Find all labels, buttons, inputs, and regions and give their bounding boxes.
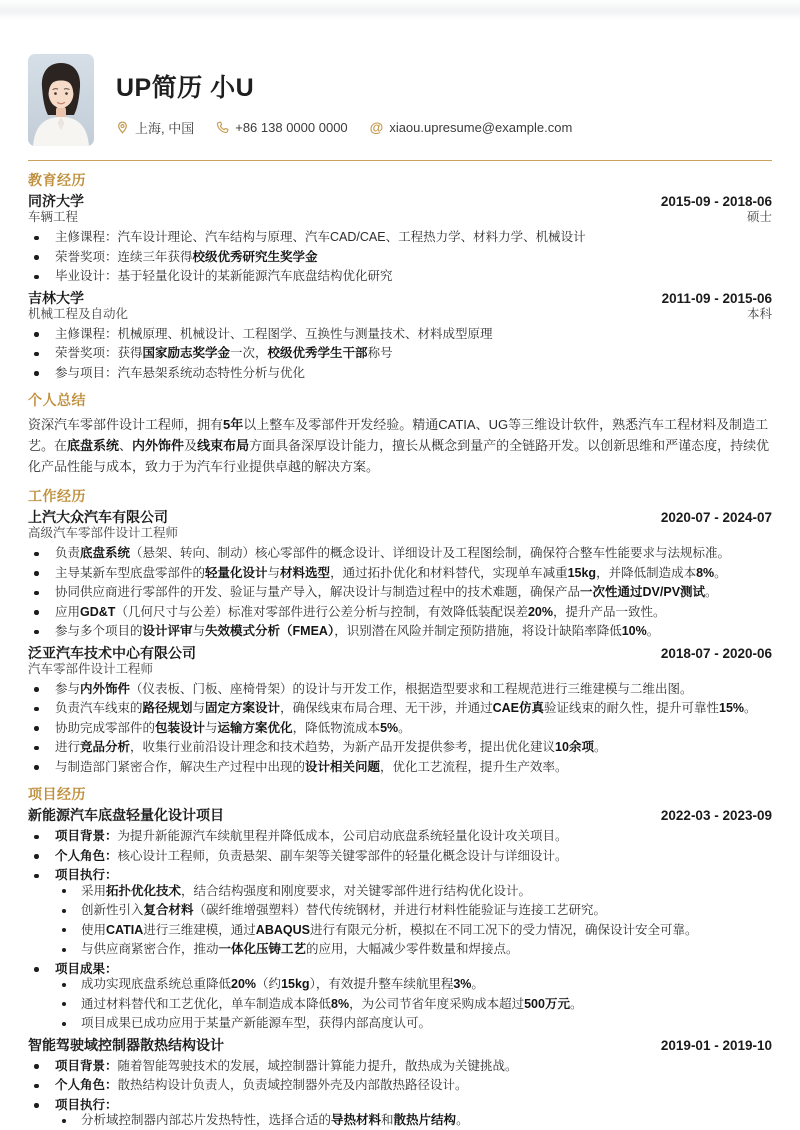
profile-photo	[28, 54, 94, 146]
section-education: 教育经历 同济大学 2015-09 - 2018-06 车辆工程 硕士 主修课程…	[28, 170, 772, 381]
bullet-item: 负责汽车线束的路径规划与固定方案设计，确保线束布局合理、无干涉，并通过CAE仿真…	[28, 701, 772, 717]
education-date: 2011-09 - 2015-06	[662, 291, 772, 306]
summary-section-title: 个人总结	[28, 390, 772, 410]
school-name: 吉林大学	[28, 290, 84, 307]
bullet-item: 主修课程：机械原理、机械设计、工程图学、互换性与测量技术、材料成型原理	[28, 327, 772, 343]
bullet-item: 项目成果： 成功实现底盘系统总重降低20%（约15kg），有效提升整车续航里程3…	[28, 962, 772, 1032]
bullet-item: 协同供应商进行零部件的开发、验证与量产导入，解决设计与制造过程中的技术难题，确保…	[28, 585, 772, 601]
at-icon: @	[370, 121, 384, 134]
sub-bullet-item: 成功实现底盘系统总重降低20%（约15kg），有效提升整车续航里程3%。	[55, 977, 772, 993]
bullet-item: 主修课程：汽车设计理论、汽车结构与原理、汽车CAD/CAE、工程热力学、材料力学…	[28, 230, 772, 246]
company-name: 泛亚汽车技术中心有限公司	[28, 645, 196, 662]
job-title: 汽车零部件设计工程师	[28, 662, 153, 677]
bullet-list: 主修课程：机械原理、机械设计、工程图学、互换性与测量技术、材料成型原理 荣誉奖项…	[28, 327, 772, 382]
bullet-item: 项目执行： 分析域控制器内部芯片发热特性，选择合适的导热材料和散热片结构。	[28, 1098, 772, 1129]
projects-section-title: 项目经历	[28, 784, 772, 804]
bullet-item: 项目执行： 采用拓扑优化技术，结合结构强度和刚度要求，对关键零部件进行结构优化设…	[28, 868, 772, 958]
contact-row: 上海, 中国 +86 138 0000 0000 @ xiaou.upresum…	[116, 118, 572, 137]
resume-page: UP简历 小U 上海, 中国 +86 138 0000 0000	[0, 0, 800, 1129]
sub-bullet-list: 分析域控制器内部芯片发热特性，选择合适的导热材料和散热片结构。	[55, 1113, 772, 1129]
project-name: 智能驾驶域控制器散热结构设计	[28, 1037, 224, 1054]
sub-bullet-item: 采用拓扑优化技术，结合结构强度和刚度要求，对关键零部件进行结构优化设计。	[55, 884, 772, 900]
bullet-item: 参与项目：汽车悬架系统动态特性分析与优化	[28, 366, 772, 382]
page-top-shade	[0, 0, 800, 20]
project-entry: 智能驾驶域控制器散热结构设计 2019-01 - 2019-10 项目背景：随着…	[28, 1037, 772, 1129]
work-entry: 泛亚汽车技术中心有限公司 2018-07 - 2020-06 汽车零部件设计工程…	[28, 645, 772, 776]
location-pin-icon	[116, 121, 129, 134]
bullet-item: 与制造部门紧密合作，解决生产过程中出现的设计相关问题，优化工艺流程，提升生产效率…	[28, 760, 772, 776]
summary-paragraph: 资深汽车零部件设计工程师，拥有5年以上整车及零部件开发经验。精通CATIA、UG…	[28, 414, 772, 477]
bullet-item: 项目背景：随着智能驾驶技术的发展，域控制器计算能力提升，散热成为关键挑战。	[28, 1059, 772, 1075]
sub-bullet-item: 使用CATIA进行三维建模，通过ABAQUS进行有限元分析，模拟在不同工况下的受…	[55, 923, 772, 939]
bullet-item: 负责底盘系统（悬架、转向、制动）核心零部件的概念设计、详细设计及工程图绘制，确保…	[28, 546, 772, 562]
project-name: 新能源汽车底盘轻量化设计项目	[28, 807, 224, 824]
bullet-item: 毕业设计：基于轻量化设计的某新能源汽车底盘结构优化研究	[28, 269, 772, 285]
sub-bullet-item: 项目成果已成功应用于某量产新能源车型，获得内部高度认可。	[55, 1016, 772, 1032]
bullet-list: 项目背景：随着智能驾驶技术的发展，域控制器计算能力提升，散热成为关键挑战。 个人…	[28, 1059, 772, 1129]
company-name: 上汽大众汽车有限公司	[28, 509, 168, 526]
bullet-item: 项目背景：为提升新能源汽车续航里程并降低成本，公司启动底盘系统轻量化设计攻关项目…	[28, 829, 772, 845]
bullet-item: 荣誉奖项：获得国家励志奖学金一次，校级优秀学生干部称号	[28, 346, 772, 362]
header-divider	[28, 160, 772, 161]
major-text: 车辆工程	[28, 210, 78, 225]
contact-phone: +86 138 0000 0000	[216, 120, 347, 135]
project-entry: 新能源汽车底盘轻量化设计项目 2022-03 - 2023-09 项目背景：为提…	[28, 807, 772, 1032]
education-entry: 吉林大学 2011-09 - 2015-06 机械工程及自动化 本科 主修课程：…	[28, 290, 772, 382]
phone-icon	[216, 121, 229, 134]
project-date: 2019-01 - 2019-10	[661, 1038, 772, 1053]
sub-bullet-list: 成功实现底盘系统总重降低20%（约15kg），有效提升整车续航里程3%。 通过材…	[55, 977, 772, 1032]
education-date: 2015-09 - 2018-06	[661, 194, 772, 209]
bullet-item: 个人角色：散热结构设计负责人，负责域控制器外壳及内部散热路径设计。	[28, 1078, 772, 1094]
bullet-item: 进行竞品分析，收集行业前沿设计理念和技术趋势，为新产品开发提供参考，提出优化建议…	[28, 740, 772, 756]
bullet-item: 荣誉奖项：连续三年获得校级优秀研究生奖学金	[28, 250, 772, 266]
bullet-item: 参与内外饰件（仪表板、门板、座椅骨架）的设计与开发工作，根据造型要求和工程规范进…	[28, 682, 772, 698]
degree-text: 硕士	[747, 210, 772, 225]
resume-header: UP简历 小U 上海, 中国 +86 138 0000 0000	[28, 54, 772, 146]
bullet-item: 个人角色：核心设计工程师，负责悬架、副车架等关键零部件的轻量化概念设计与详细设计…	[28, 849, 772, 865]
section-summary: 个人总结 资深汽车零部件设计工程师，拥有5年以上整车及零部件开发经验。精通CAT…	[28, 390, 772, 477]
phone-text: +86 138 0000 0000	[235, 120, 347, 135]
bullet-item: 协助完成零部件的包装设计与运输方案优化，降低物流成本5%。	[28, 721, 772, 737]
major-text: 机械工程及自动化	[28, 307, 128, 322]
sub-bullet-item: 通过材料替代和工艺优化，单车制造成本降低8%，为公司节省年度采购成本超过500万…	[55, 997, 772, 1013]
school-name: 同济大学	[28, 193, 84, 210]
sub-bullet-list: 采用拓扑优化技术，结合结构强度和刚度要求，对关键零部件进行结构优化设计。 创新性…	[55, 884, 772, 958]
project-date: 2022-03 - 2023-09	[661, 808, 772, 823]
education-entry: 同济大学 2015-09 - 2018-06 车辆工程 硕士 主修课程：汽车设计…	[28, 193, 772, 285]
work-date: 2018-07 - 2020-06	[661, 646, 772, 661]
profile-photo-illustration	[28, 54, 94, 146]
bullet-list: 项目背景：为提升新能源汽车续航里程并降低成本，公司启动底盘系统轻量化设计攻关项目…	[28, 829, 772, 1032]
sub-bullet-item: 与供应商紧密合作，推动一体化压铸工艺的应用，大幅减少零件数量和焊接点。	[55, 942, 772, 958]
education-section-title: 教育经历	[28, 170, 772, 190]
sub-bullet-item: 分析域控制器内部芯片发热特性，选择合适的导热材料和散热片结构。	[55, 1113, 772, 1129]
candidate-name: UP简历 小U	[116, 68, 572, 104]
section-projects: 项目经历 新能源汽车底盘轻量化设计项目 2022-03 - 2023-09 项目…	[28, 784, 772, 1129]
contact-location: 上海, 中国	[116, 118, 194, 137]
contact-email: @ xiaou.upresume@example.com	[370, 120, 573, 135]
sub-bullet-item: 创新性引入复合材料（碳纤维增强塑料）替代传统钢材，并进行材料性能验证与连接工艺研…	[55, 903, 772, 919]
location-text: 上海, 中国	[135, 118, 194, 137]
email-text: xiaou.upresume@example.com	[389, 120, 572, 135]
work-section-title: 工作经历	[28, 486, 772, 506]
work-entry: 上汽大众汽车有限公司 2020-07 - 2024-07 高级汽车零部件设计工程…	[28, 509, 772, 640]
bullet-item: 主导某新车型底盘零部件的轻量化设计与材料选型，通过拓扑优化和材料替代，实现单车减…	[28, 566, 772, 582]
work-date: 2020-07 - 2024-07	[661, 510, 772, 525]
bullet-item: 参与多个项目的设计评审与失效模式分析（FMEA），识别潜在风险并制定预防措施，将…	[28, 624, 772, 640]
bullet-item: 应用GD&T（几何尺寸与公差）标准对零部件进行公差分析与控制，有效降低装配误差2…	[28, 605, 772, 621]
degree-text: 本科	[747, 307, 772, 322]
bullet-list: 主修课程：汽车设计理论、汽车结构与原理、汽车CAD/CAE、工程热力学、材料力学…	[28, 230, 772, 285]
bullet-list: 参与内外饰件（仪表板、门板、座椅骨架）的设计与开发工作，根据造型要求和工程规范进…	[28, 682, 772, 776]
section-work: 工作经历 上汽大众汽车有限公司 2020-07 - 2024-07 高级汽车零部…	[28, 486, 772, 775]
job-title: 高级汽车零部件设计工程师	[28, 526, 178, 541]
bullet-list: 负责底盘系统（悬架、转向、制动）核心零部件的概念设计、详细设计及工程图绘制，确保…	[28, 546, 772, 640]
